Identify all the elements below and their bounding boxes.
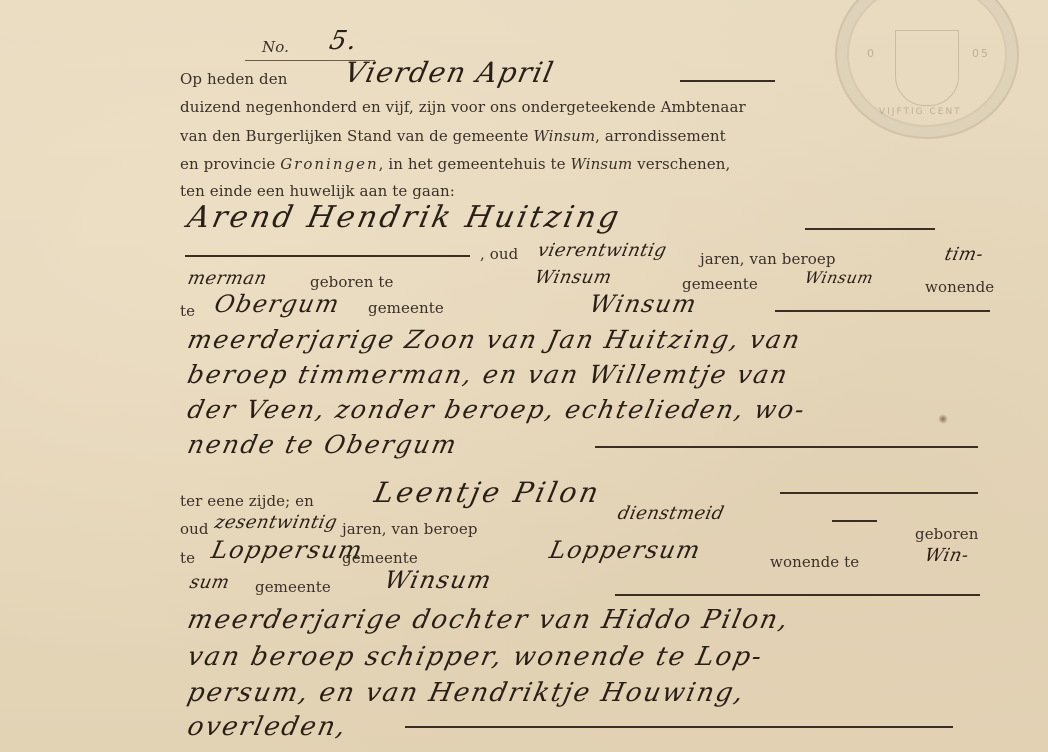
seal-right-digits: 05 [972,47,990,60]
fill-line [780,492,978,494]
printed-gemeente-3: gemeente [342,549,418,567]
groom-occupation-a: tim- [943,244,986,265]
groom-residence-municipality: Winsum [587,290,700,318]
groom-birth-municipality: Winsum [803,268,875,287]
handwritten-date: Vierden April [341,56,557,89]
bride-occupation: dienstmeid [616,503,726,524]
printed-te-2: te [180,549,195,567]
printed-geboren-te: geboren te [310,273,394,291]
bride-age: zesentwintig [213,512,340,533]
groom-parents-line-2: beroep timmerman, en van Willemtje van [185,360,792,389]
printed-line-4: en provincie Groningen, in het gemeenteh… [180,155,730,173]
record-number-label: No. [262,38,289,56]
seal-bottom-text: VIJFTIG CENT [879,107,962,117]
bride-residence-municipality: Winsum [382,566,495,594]
seal-shield [895,30,959,106]
printed-gemeente-2: gemeente [368,299,444,317]
printed-jaren-beroep: jaren, van beroep [700,250,836,268]
embossed-seal-icon: 0 05 VIJFTIG CENT [835,0,1019,139]
printed-line-2: duizend negenhonderd en vijf, zijn voor … [180,98,746,116]
bride-parents-line-1: meerderjarige dochter van Hiddo Pilon, [185,605,793,635]
ink-spot [938,414,948,424]
bride-parents-line-2: van beroep schipper, wonende te Lop- [185,642,766,672]
bride-parents-line-4: overleden, [185,712,350,742]
printed-te: te [180,302,195,320]
fill-line [595,446,978,448]
bride-parents-line-3: persum, en van Hendriktje Houwing, [185,678,748,708]
printed-geboren: geboren [915,525,979,543]
bride-residence-a: Win- [923,545,971,566]
groom-name: Arend Hendrik Huitzing [184,200,624,235]
bride-birth-municipality: Loppersum [547,536,704,564]
printed-wonende: wonende [925,278,994,296]
seal-left-digit: 0 [867,47,876,60]
printed-line-3: van den Burgerlijken Stand van de gemeen… [180,127,726,145]
bride-name: Leentje Pilon [371,476,604,509]
fill-line [405,726,953,728]
printed-oud: , oud [480,245,518,263]
fill-line [775,310,990,312]
groom-parents-line-3: der Veen, zonder beroep, echtelieden, wo… [185,395,809,424]
printed-line-5: ten einde een huwelijk aan te gaan: [180,182,455,200]
printed-wonende-te: wonende te [770,553,859,571]
printed-ter-eene-zijde: ter eene zijde; en [180,492,314,510]
groom-occupation-b: merman [186,268,269,289]
bride-residence-b: sum [188,572,232,593]
printed-oud-2: oud [180,520,209,538]
groom-age: vierentwintig [536,240,669,261]
fill-line [615,594,980,596]
fill-line [832,520,877,522]
printed-line-1: Op heden den [180,70,287,88]
groom-parents-line-1: meerderjarige Zoon van Jan Huitzing, van [185,325,804,354]
groom-parents-line-4: nende te Obergum [185,430,461,459]
printed-gemeente-4: gemeente [255,578,331,596]
document-page: 0 05 VIJFTIG CENT No. 5. Op heden den Vi… [0,0,1048,752]
fill-line [185,255,470,257]
groom-residence: Obergum [212,290,343,318]
record-number-value: 5. [327,26,361,56]
fill-line [805,228,935,230]
fill-line [680,80,775,82]
groom-birthplace: Winsum [533,267,614,288]
